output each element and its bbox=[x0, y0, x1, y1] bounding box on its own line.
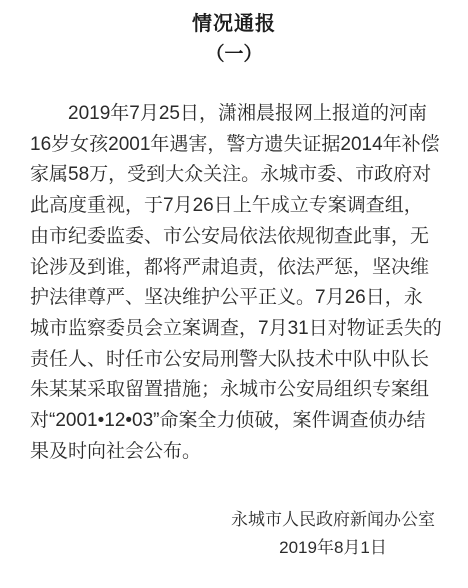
paragraph-line: 此高度重视，于7月26日上午成立专案调查组， bbox=[30, 191, 442, 222]
paragraph-line: 16岁女孩2001年遇害，警方遗失证据2014年补偿 bbox=[30, 130, 442, 161]
paragraph-line: 对“2001•12•03”命案全力侦破，案件调查侦办结 bbox=[30, 406, 442, 437]
notice-document: 情况通报 （一） 2019年7月25日，潇湘晨报网上报道的河南 16岁女孩200… bbox=[0, 0, 468, 588]
document-date: 2019年8月1日 bbox=[231, 534, 435, 562]
document-subtitle: （一） bbox=[0, 39, 468, 66]
paragraph-line: 责任人、时任市公安局刑警大队技术中队中队长 bbox=[30, 345, 442, 376]
paragraph-line: 论涉及到谁，都将严肃追责，依法严惩，坚决维 bbox=[30, 253, 442, 284]
body-paragraph: 2019年7月25日，潇湘晨报网上报道的河南 16岁女孩2001年遇害，警方遗失… bbox=[30, 99, 442, 467]
paragraph-line: 家属58万，受到大众关注。永城市委、市政府对 bbox=[30, 160, 442, 191]
paragraph-line: 城市监察委员会立案调查，7月31日对物证丢失的 bbox=[30, 314, 442, 345]
signature: 永城市人民政府新闻办公室 bbox=[231, 506, 435, 534]
paragraph-line: 朱某某采取留置措施；永城市公安局组织专案组 bbox=[30, 375, 442, 406]
paragraph-line: 果及时向社会公布。 bbox=[30, 437, 442, 468]
page-title: 情况通报 bbox=[0, 7, 468, 36]
document-footer: 永城市人民政府新闻办公室 2019年8月1日 bbox=[231, 506, 435, 562]
paragraph-line: 护法律尊严、坚决维护公平正义。7月26日，永 bbox=[30, 283, 442, 314]
paragraph-line: 2019年7月25日，潇湘晨报网上报道的河南 bbox=[30, 99, 442, 130]
paragraph-line: 由市纪委监委、市公安局依法依规彻查此事，无 bbox=[30, 222, 442, 253]
